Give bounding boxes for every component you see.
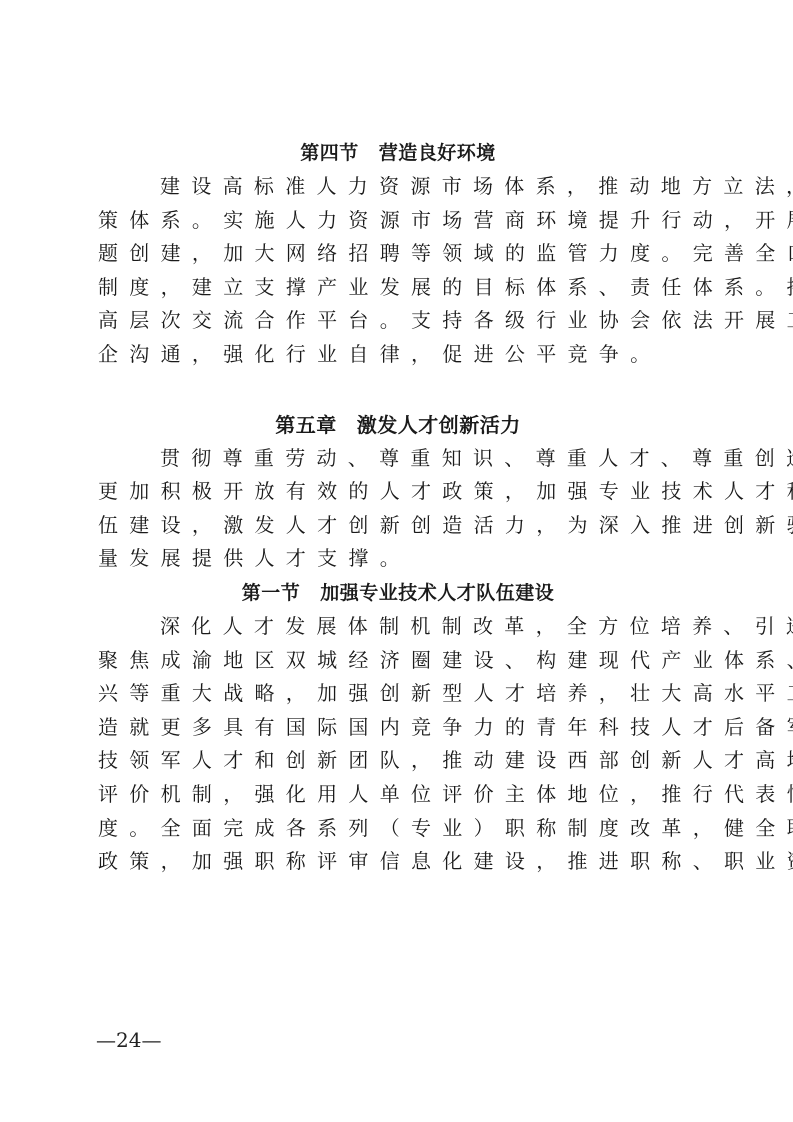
text-line: 建设高标准人力资源市场体系，推动地方立法，完善产业政 xyxy=(98,170,698,204)
text-line: 制度，建立支撑产业发展的目标体系、责任体系。搭建人力资源 xyxy=(98,271,698,305)
chapter-heading-5: 第五章激发人才创新活力 xyxy=(98,408,698,442)
text-line: 高层次交流合作平台。支持各级行业协会依法开展工作，密切政 xyxy=(98,304,698,338)
text-line: 企沟通，强化行业自律，促进公平竞争。 xyxy=(98,338,698,372)
text-line: 策体系。实施人力资源市场营商环境提升行动，开展诚信服务主 xyxy=(98,204,698,238)
page-number: —24— xyxy=(96,1028,161,1052)
text-line: 兴等重大战略，加强创新型人才培养，壮大高水平工程师队伍， xyxy=(98,677,698,711)
paragraph-professional-talent: 深化人才发展体制机制改革，全方位培养、引进、用好人才。 聚焦成渝地区双城经济圈建… xyxy=(98,610,698,879)
document-page: 第四节营造良好环境 建设高标准人力资源市场体系，推动地方立法，完善产业政 策体系… xyxy=(98,136,698,879)
text-line: 更加积极开放有效的人才政策，加强专业技术人才和技能人才队 xyxy=(98,475,698,509)
text-line: 造就更多具有国际国内竞争力的青年科技人才后备军、一流的科 xyxy=(98,711,698,745)
text-line: 评价机制，强化用人单位评价主体地位，推行代表性成果评价制 xyxy=(98,778,698,812)
section-title: 加强专业技术人才队伍建设 xyxy=(320,582,554,604)
text-line: 度。全面完成各系列（专业）职称制度改革，健全职称管理配套 xyxy=(98,812,698,846)
text-line: 量发展提供人才支撑。 xyxy=(98,542,698,576)
chapter-title: 激发人才创新活力 xyxy=(357,413,521,437)
text-line: 深化人才发展体制机制改革，全方位培养、引进、用好人才。 xyxy=(98,610,698,644)
text-line: 技领军人才和创新团队，推动建设西部创新人才高地。完善人才 xyxy=(98,744,698,778)
section-number: 第四节 xyxy=(300,142,359,164)
text-line: 贯彻尊重劳动、尊重知识、尊重人才、尊重创造方针，实行 xyxy=(98,442,698,476)
text-line: 聚焦成渝地区双城经济圈建设、构建现代产业体系、实施乡村振 xyxy=(98,644,698,678)
paragraph-environment: 建设高标准人力资源市场体系，推动地方立法，完善产业政 策体系。实施人力资源市场营… xyxy=(98,170,698,372)
text-line: 伍建设，激发人才创新创造活力，为深入推进创新驱动引领高质 xyxy=(98,509,698,543)
text-line: 政策，加强职称评审信息化建设，推进职称、职业资格证书电子 xyxy=(98,845,698,879)
section-title: 营造良好环境 xyxy=(379,142,496,164)
chapter-number: 第五章 xyxy=(275,413,337,437)
section-heading-4: 第四节营造良好环境 xyxy=(98,136,698,170)
text-line: 题创建，加大网络招聘等领域的监管力度。完善全口径统计调查 xyxy=(98,237,698,271)
section-number: 第一节 xyxy=(242,582,301,604)
paragraph-talent-intro: 贯彻尊重劳动、尊重知识、尊重人才、尊重创造方针，实行 更加积极开放有效的人才政策… xyxy=(98,442,698,576)
section-heading-1: 第一节加强专业技术人才队伍建设 xyxy=(98,576,698,610)
